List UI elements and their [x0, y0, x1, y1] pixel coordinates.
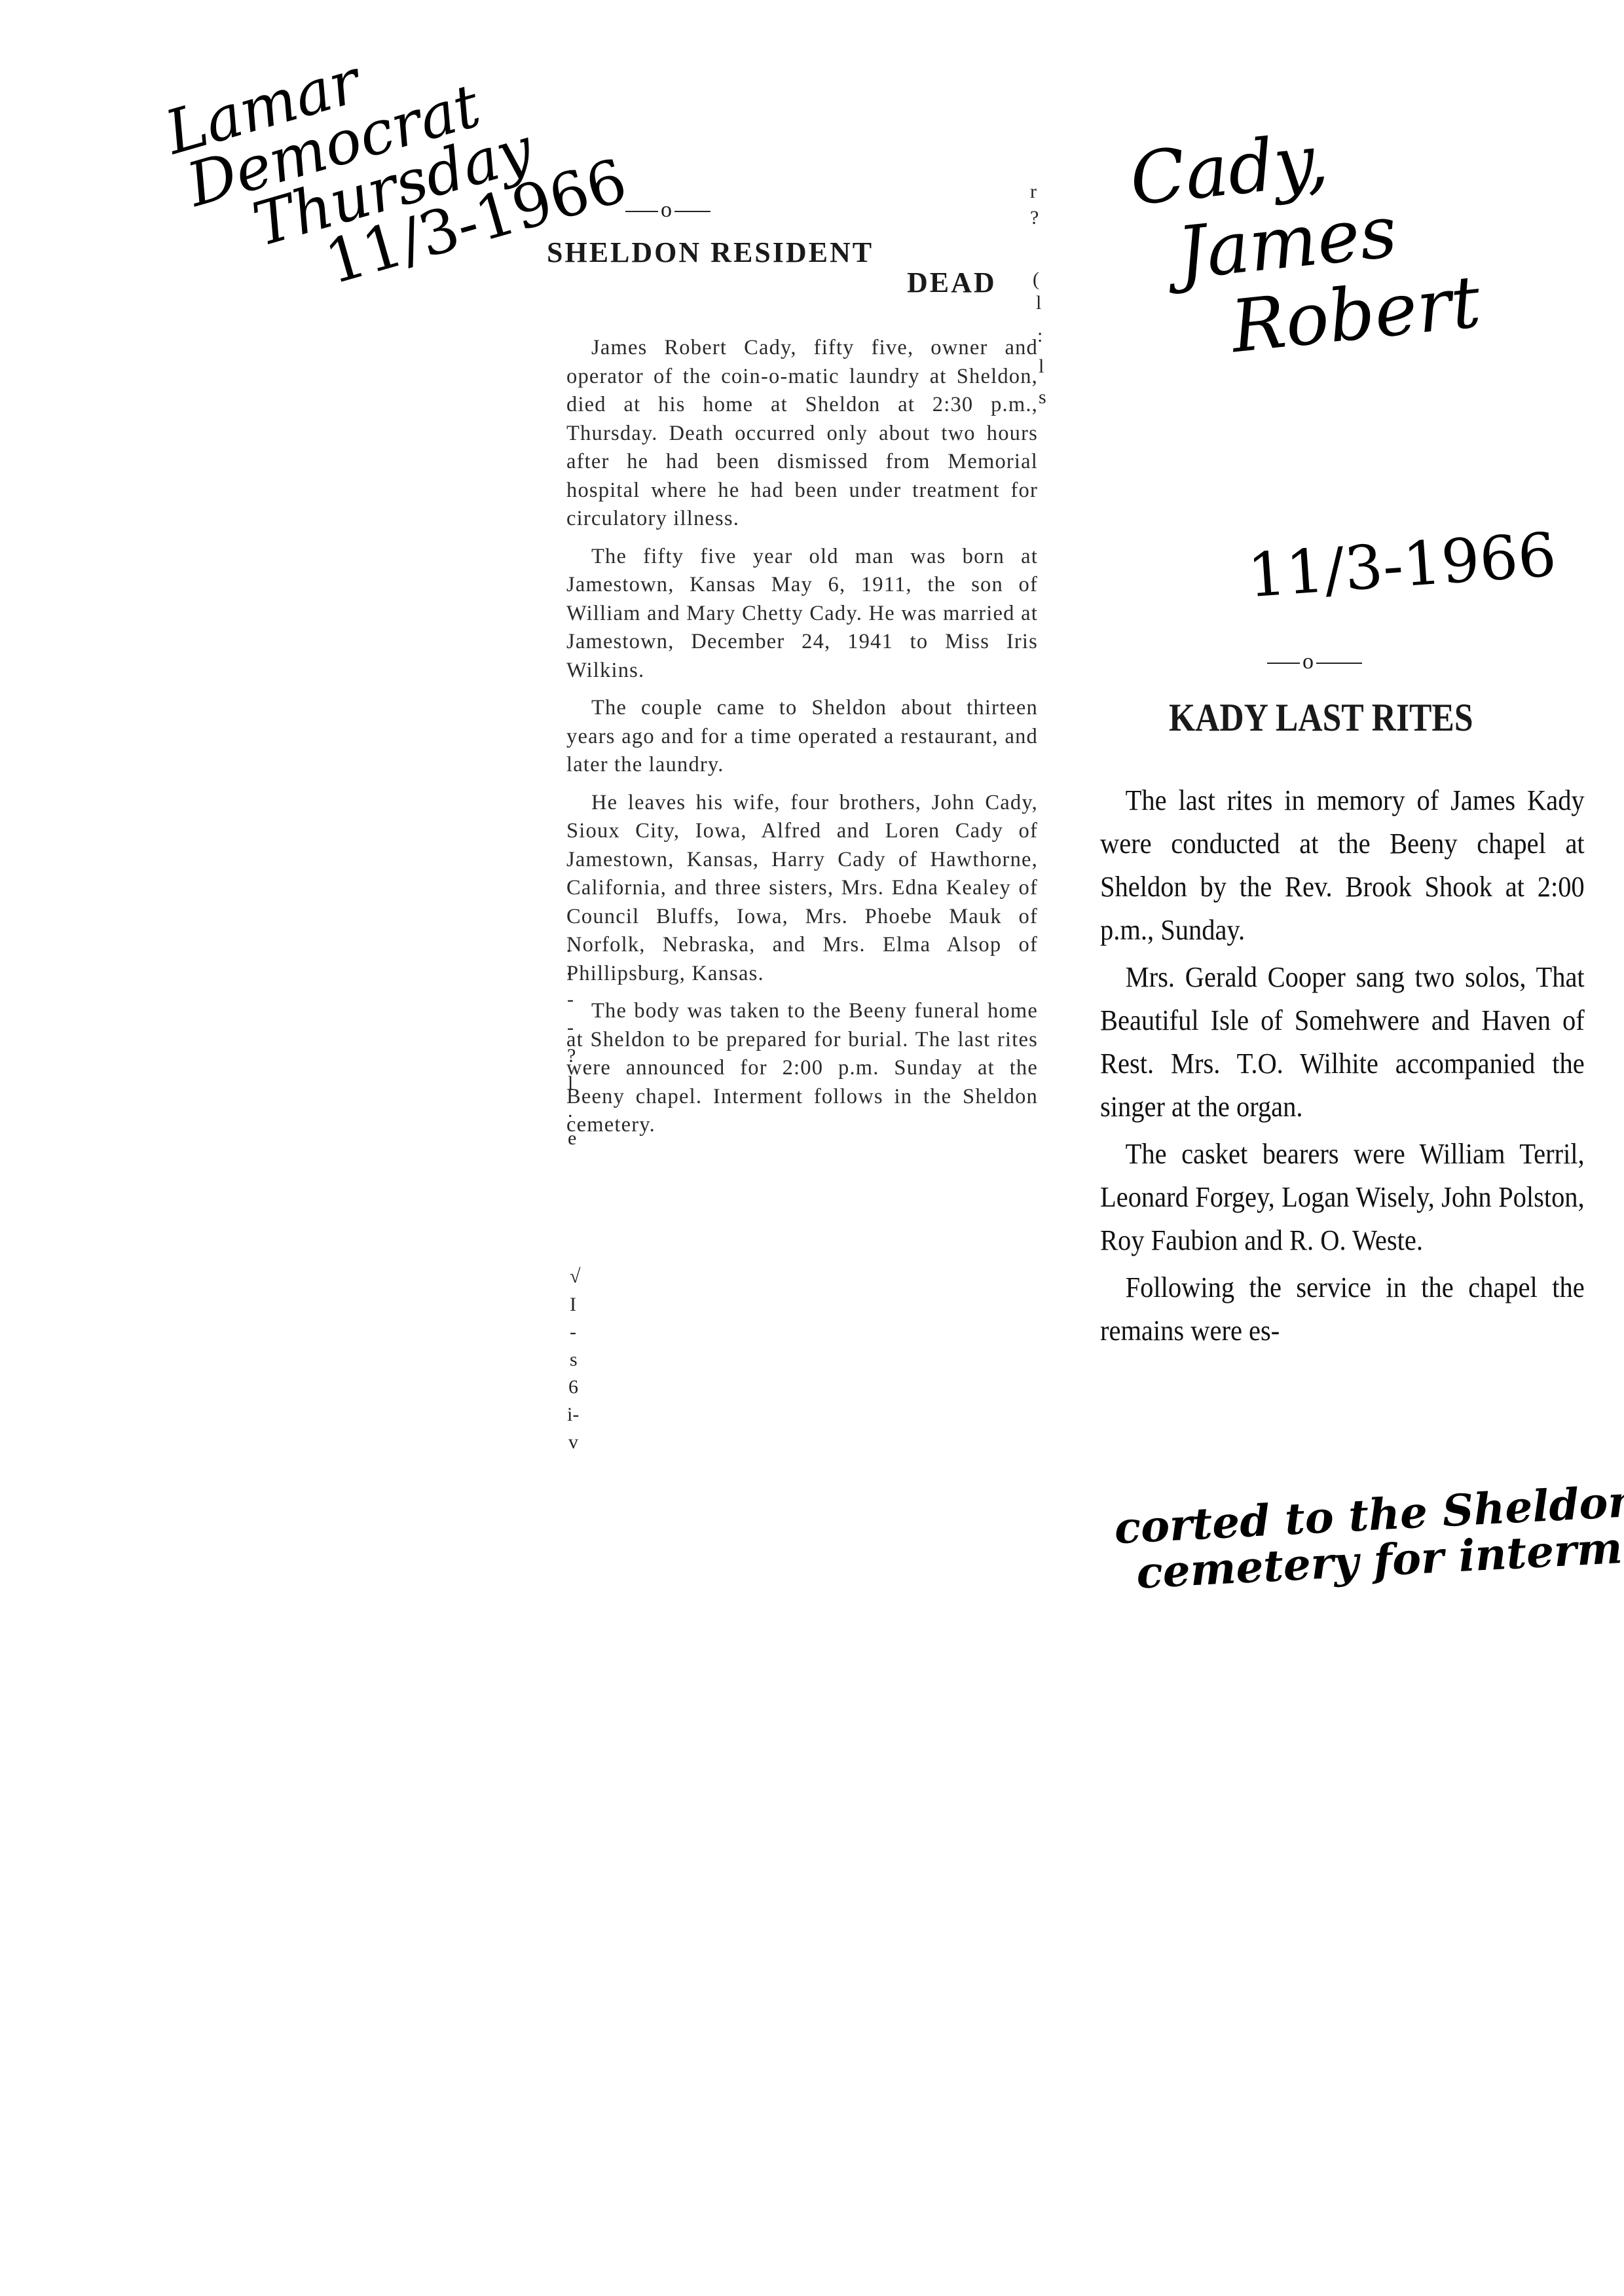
- article-heading-line1: SHELDON RESIDENT: [547, 236, 874, 269]
- handwritten-date: 11/3-1966: [1246, 520, 1559, 611]
- gutter-fragment: -: [570, 1322, 576, 1342]
- gutter-fragment: (: [1033, 270, 1039, 289]
- gutter-fragment: :: [1037, 326, 1043, 346]
- gutter-fragment: l: [568, 1074, 573, 1093]
- gutter-fragment: 6: [568, 1377, 578, 1397]
- gutter-fragment: .: [566, 959, 572, 979]
- gutter-fragment: ?: [1030, 208, 1039, 228]
- gutter-fragment: .: [568, 1101, 573, 1121]
- handwritten-name-note: Cady, James Robert: [1126, 106, 1484, 375]
- divider-ornament: o: [1300, 651, 1316, 673]
- article-paragraph: The body was taken to the Beeny funeral …: [566, 997, 1038, 1140]
- article-paragraph: Following the service in the chapel the …: [1100, 1266, 1585, 1353]
- gutter-fragment: I: [570, 1295, 576, 1315]
- gutter-fragment: l: [1039, 357, 1044, 376]
- article-paragraph: He leaves his wife, four brothers, John …: [566, 789, 1038, 989]
- gutter-fragment: .: [566, 936, 572, 956]
- gutter-fragment: ?: [567, 1046, 576, 1066]
- gutter-fragment: e: [568, 1129, 576, 1148]
- gutter-fragment: -: [567, 1018, 574, 1038]
- gutter-fragment: s: [570, 1350, 578, 1370]
- gutter-fragment: r: [1030, 182, 1037, 202]
- gutter-fragment: s: [1039, 388, 1046, 407]
- article-paragraph: The last rites in memory of James Kady w…: [1100, 779, 1585, 952]
- article-paragraph: The couple came to Sheldon about thirtee…: [566, 694, 1038, 780]
- handwritten-continuation: corted to the Sheldon cemetery for inter…: [1107, 1475, 1624, 1597]
- gutter-fragment: v: [568, 1432, 578, 1452]
- handwritten-source-note: Lamar Democrat Thursday 11/3-1966: [147, 0, 633, 328]
- article-heading: KADY LAST RITES: [1169, 695, 1473, 740]
- divider-ornament: o: [658, 199, 674, 221]
- article-body: James Robert Cady, fifty five, owner and…: [566, 334, 1038, 1149]
- gutter-fragment: l: [1036, 293, 1041, 313]
- article-heading-line2: DEAD: [907, 266, 997, 299]
- gutter-fragment: -: [567, 990, 574, 1010]
- gutter-fragment: i-: [567, 1405, 579, 1425]
- gutter-fragment: √: [570, 1267, 580, 1286]
- article-paragraph: The casket bearers were William Terril, …: [1100, 1133, 1585, 1262]
- article-paragraph: Mrs. Gerald Cooper sang two solos, That …: [1100, 956, 1585, 1129]
- article-body: The last rites in memory of James Kady w…: [1100, 779, 1585, 1357]
- article-paragraph: James Robert Cady, fifty five, owner and…: [566, 334, 1038, 534]
- article-paragraph: The fifty five year old man was born at …: [566, 543, 1038, 685]
